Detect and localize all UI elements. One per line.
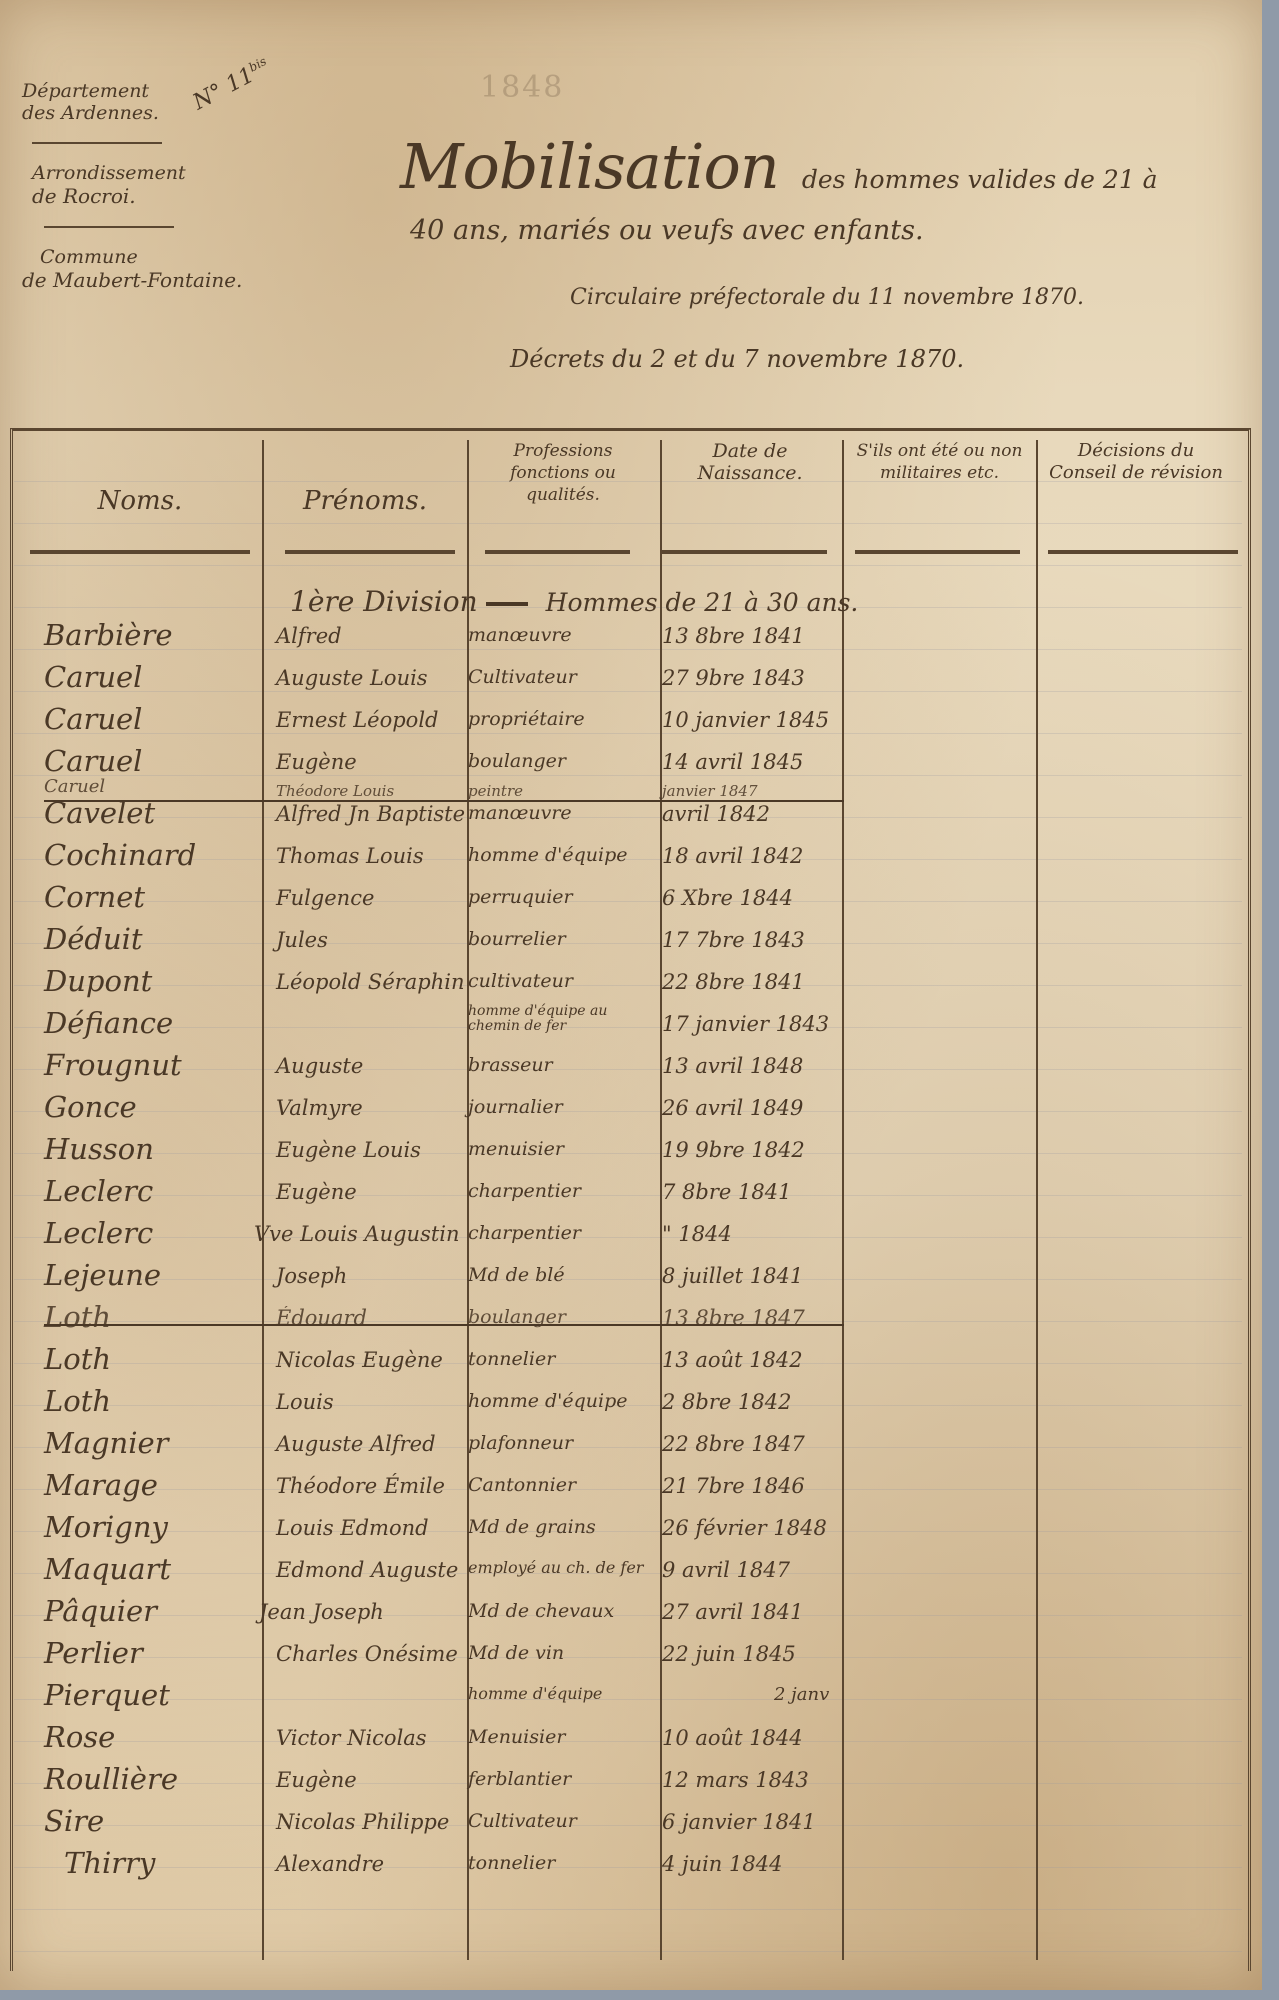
table-row: LeclercEugènecharpentier7 8bre 1841 [14,1176,844,1218]
table-row: FrougnutAugustebrasseur13 avril 1848 [14,1050,844,1092]
cell-nom: Morigny [44,1510,168,1544]
division-dash [486,602,528,606]
cell-nom: Caruel [44,776,105,797]
cell-prenom: Alfred [276,624,342,648]
cell-profession: Md de grains [468,1516,596,1538]
header-professions: Professions fonctions ou qualités. [478,440,648,506]
cell-prenom: Jules [276,928,328,952]
header-noms: Noms. [30,490,250,512]
cell-date: 8 juillet 1841 [662,1264,803,1288]
table-row: MorignyLouis EdmondMd de grains26 févrie… [14,1512,844,1554]
cell-date: 12 mars 1843 [662,1768,809,1792]
cell-date: 13 8bre 1841 [662,624,805,648]
cell-profession: Md de chevaux [468,1600,614,1622]
cell-prenom: Louis [276,1390,334,1414]
table-row: Défiancehomme d'équipe au chemin de fer1… [14,1008,844,1050]
cell-date: 17 janvier 1843 [662,1012,829,1036]
cell-profession: homme d'équipe [468,1684,602,1703]
cell-profession: manœuvre [468,802,572,824]
cell-nom: Caruel [44,744,142,778]
cell-date: 26 avril 1849 [662,1096,803,1120]
cell-profession: brasseur [468,1054,553,1076]
cell-nom: Cavelet [44,796,155,830]
table-row: CaruelAuguste LouisCultivateur27 9bre 18… [14,662,844,704]
cell-prenom: Joseph [276,1264,347,1288]
cell-nom: Husson [44,1132,154,1166]
cell-nom: Défiance [44,1006,173,1040]
cell-nom: Leclerc [44,1174,153,1208]
cell-profession: ferblantier [468,1768,571,1790]
table-row: RoullièreEugèneferblantier12 mars 1843 [14,1764,844,1806]
table-row: LothNicolas Eugènetonnelier13 août 1842 [14,1344,844,1386]
cell-prenom: Valmyre [276,1096,363,1120]
arrondissement-label: Arrondissement [32,162,302,184]
cell-date: 19 9bre 1842 [662,1138,805,1162]
cell-profession: cultivateur [468,970,573,992]
table-row: CaruelErnest Léopoldpropriétaire10 janvi… [14,704,844,746]
commune-name: de Maubert-Fontaine. [22,268,302,292]
division-label: 1ère Division [290,585,478,618]
cell-nom: Thirry [64,1846,155,1880]
table-row: HussonEugène Louismenuisier19 9bre 1842 [14,1134,844,1176]
cell-profession: Md de blé [468,1264,565,1286]
cell-date: 6 Xbre 1844 [662,886,793,910]
cell-profession: Md de vin [468,1642,564,1664]
table-row: GonceValmyrejournalier26 avril 1849 [14,1092,844,1134]
header-decisions: Décisions du Conseil de révision [1046,440,1226,484]
division-range: Hommes de 21 à 30 ans. [546,588,859,617]
table-row: SireNicolas PhilippeCultivateur6 janvier… [14,1806,844,1848]
cell-date: 21 7bre 1846 [662,1474,805,1498]
cell-date: 26 février 1848 [662,1516,827,1540]
cell-date: " 1844 [662,1222,732,1246]
cell-profession: employé au ch. de fer [468,1558,643,1577]
cell-date: 2 janv [774,1684,829,1705]
table-row: PerlierCharles OnésimeMd de vin22 juin 1… [14,1638,844,1680]
cell-nom: Sire [44,1804,104,1838]
cell-prenom: Victor Nicolas [276,1726,427,1750]
arrondissement-name: de Rocroi. [32,184,302,208]
cell-date: 18 avril 1842 [662,844,803,868]
cell-nom: Pâquier [44,1594,157,1628]
cell-prenom: Eugène [276,750,357,774]
cell-date: 13 août 1842 [662,1348,803,1372]
cell-nom: Frougnut [44,1048,182,1082]
table-row: PâquierJean JosephMd de chevaux27 avril … [14,1596,844,1638]
cell-profession: boulanger [468,1306,566,1328]
table-row: ThirryAlexandretonnelier4 juin 1844 [14,1848,844,1890]
cell-profession: boulanger [468,750,566,772]
cell-date: 22 8bre 1847 [662,1432,805,1456]
cell-profession: journalier [468,1096,563,1118]
cell-prenom: Thomas Louis [276,844,424,868]
cell-profession: tonnelier [468,1852,555,1874]
cell-nom: Caruel [44,660,142,694]
column-divider [1036,440,1038,1960]
cell-nom: Loth [44,1300,111,1334]
cell-prenom: Nicolas Eugène [276,1348,443,1372]
cell-profession: homme d'équipe [468,844,628,866]
table-row: CornetFulgenceperruquier6 Xbre 1844 [14,882,844,924]
cell-prenom: Théodore Émile [276,1474,445,1498]
cell-nom: Barbière [44,618,173,652]
cell-profession: plafonneur [468,1432,573,1454]
header-prenoms: Prénoms. [270,490,460,512]
cell-prenom: Vve Louis Augustin [254,1222,460,1246]
cell-date: 27 avril 1841 [662,1600,803,1624]
header-date-naissance: Date de Naissance. [670,440,830,484]
cell-prenom: Auguste [276,1054,363,1078]
cell-nom: Perlier [44,1636,143,1670]
cell-nom: Pierquet [44,1678,170,1712]
divider [44,226,174,228]
header-militaires: S'ils ont été ou non militaires etc. [852,440,1027,484]
cell-nom: Marage [44,1468,158,1502]
divider [32,142,162,144]
table-row: DéduitJulesbourrelier17 7bre 1843 [14,924,844,966]
cell-date: 6 janvier 1841 [662,1810,816,1834]
table-row: LejeuneJosephMd de blé8 juillet 1841 [14,1260,844,1302]
subtitle: 40 ans, mariés ou veufs avec enfants. [410,215,924,246]
cell-nom: Loth [44,1342,111,1376]
cell-profession: Cantonnier [468,1474,576,1496]
cell-prenom: Fulgence [276,886,374,910]
cell-date: avril 1842 [662,802,770,826]
table-row: MaquartEdmond Augusteemployé au ch. de f… [14,1554,844,1596]
table-row: CaruelEugèneboulanger14 avril 1845 [14,746,844,778]
cell-nom: Magnier [44,1426,169,1460]
table-row: LeclercVve Louis Augustincharpentier" 18… [14,1218,844,1260]
cell-date: 17 7bre 1843 [662,928,805,952]
cell-nom: Déduit [44,922,143,956]
cell-nom: Cornet [44,880,145,914]
cell-date: 7 8bre 1841 [662,1180,791,1204]
table-row: RoseVictor NicolasMenuisier10 août 1844 [14,1722,844,1764]
cell-date: 14 avril 1845 [662,750,803,774]
header-underline [30,550,250,554]
register-page: Département des Ardennes. Arrondissement… [0,0,1262,1990]
table-row: Pierquethomme d'équipe2 janv [14,1680,844,1722]
cell-date: 22 8bre 1841 [662,970,805,994]
table-row: LothLouishomme d'équipe2 8bre 1842 [14,1386,844,1428]
cell-date: 10 janvier 1845 [662,708,829,732]
header-underline [662,550,827,554]
table-row: MarageThéodore ÉmileCantonnier21 7bre 18… [14,1470,844,1512]
cell-profession: propriétaire [468,708,585,730]
cell-prenom: Alexandre [276,1852,384,1876]
table-row: BarbièreAlfredmanœuvre13 8bre 1841 [14,620,844,662]
cell-nom: Lejeune [44,1258,161,1292]
cell-prenom: Charles Onésime [276,1642,458,1666]
cell-profession: homme d'équipe au chemin de fer [468,1004,648,1034]
cell-prenom: Louis Edmond [276,1516,429,1540]
cell-nom: Roullière [44,1762,178,1796]
table-row-struck: LothÉdouardboulanger13 8bre 1847 [14,1302,844,1344]
cell-prenom: Léopold Séraphin [276,970,465,994]
cell-date: 10 août 1844 [662,1726,803,1750]
register-rows: BarbièreAlfredmanœuvre13 8bre 1841 Carue… [14,620,844,1890]
cell-nom: Gonce [44,1090,137,1124]
cell-nom: Caruel [44,702,142,736]
cell-profession: Menuisier [468,1726,565,1748]
cell-prenom: Édouard [276,1306,367,1330]
cell-prenom: Ernest Léopold [276,708,438,732]
cell-date: 2 8bre 1842 [662,1390,791,1414]
title-main: Mobilisation [400,130,779,203]
cell-profession: bourrelier [468,928,566,950]
cell-profession: Cultivateur [468,1810,577,1832]
cell-prenom: Auguste Alfred [276,1432,436,1456]
division-heading: 1ère DivisionHommes de 21 à 30 ans. [290,585,858,618]
cell-nom: Cochinard [44,838,196,872]
cell-profession: perruquier [468,886,573,908]
departement-name: des Ardennes. [22,102,302,124]
cell-profession: homme d'équipe [468,1390,628,1412]
cell-date: 4 juin 1844 [662,1852,782,1876]
table-row-struck: CaruelThéodore Louispeintrejanvier 1847 [14,778,844,798]
cell-prenom: Jean Joseph [259,1600,384,1624]
cell-profession: Cultivateur [468,666,577,688]
title-rest: des hommes valides de 21 à [802,165,1158,194]
cell-profession: tonnelier [468,1348,555,1370]
commune-label: Commune [40,246,302,268]
cell-date: 13 avril 1848 [662,1054,803,1078]
cell-prenom: Nicolas Philippe [276,1810,449,1834]
circulaire-reference: Circulaire préfectorale du 11 novembre 1… [570,285,1084,310]
header-underline [855,550,1020,554]
faint-stamp: 1848 [480,70,564,105]
table-row: DupontLéopold Séraphincultivateur22 8bre… [14,966,844,1008]
cell-profession: charpentier [468,1222,581,1244]
page-title: Mobilisation des hommes valides de 21 à [400,130,1240,203]
cell-date: 13 8bre 1847 [662,1306,805,1330]
table-row: CaveletAlfred Jn Baptistemanœuvreavril 1… [14,798,844,840]
cell-prenom: Auguste Louis [276,666,428,690]
cell-prenom: Eugène [276,1768,357,1792]
cell-nom: Dupont [44,964,152,998]
table-row: CochinardThomas Louishomme d'équipe18 av… [14,840,844,882]
cell-date: 27 9bre 1843 [662,666,805,690]
cell-prenom: Eugène Louis [276,1138,421,1162]
cell-profession: charpentier [468,1180,581,1202]
cell-date: 9 avril 1847 [662,1558,790,1582]
administrative-header: Département des Ardennes. Arrondissement… [22,80,302,292]
cell-prenom: Alfred Jn Baptiste [276,802,465,826]
cell-profession: menuisier [468,1138,564,1160]
cell-date: 22 juin 1845 [662,1642,796,1666]
cell-prenom: Eugène [276,1180,357,1204]
table-row: MagnierAuguste Alfredplafonneur22 8bre 1… [14,1428,844,1470]
cell-nom: Loth [44,1384,111,1418]
cell-prenom: Edmond Auguste [276,1558,458,1582]
cell-nom: Rose [44,1720,115,1754]
header-underline [285,550,455,554]
cell-nom: Leclerc [44,1216,153,1250]
cell-profession: manœuvre [468,624,572,646]
header-underline [485,550,630,554]
decrets-reference: Décrets du 2 et du 7 novembre 1870. [510,345,964,373]
header-underline [1048,550,1238,554]
cell-nom: Maquart [44,1552,171,1586]
